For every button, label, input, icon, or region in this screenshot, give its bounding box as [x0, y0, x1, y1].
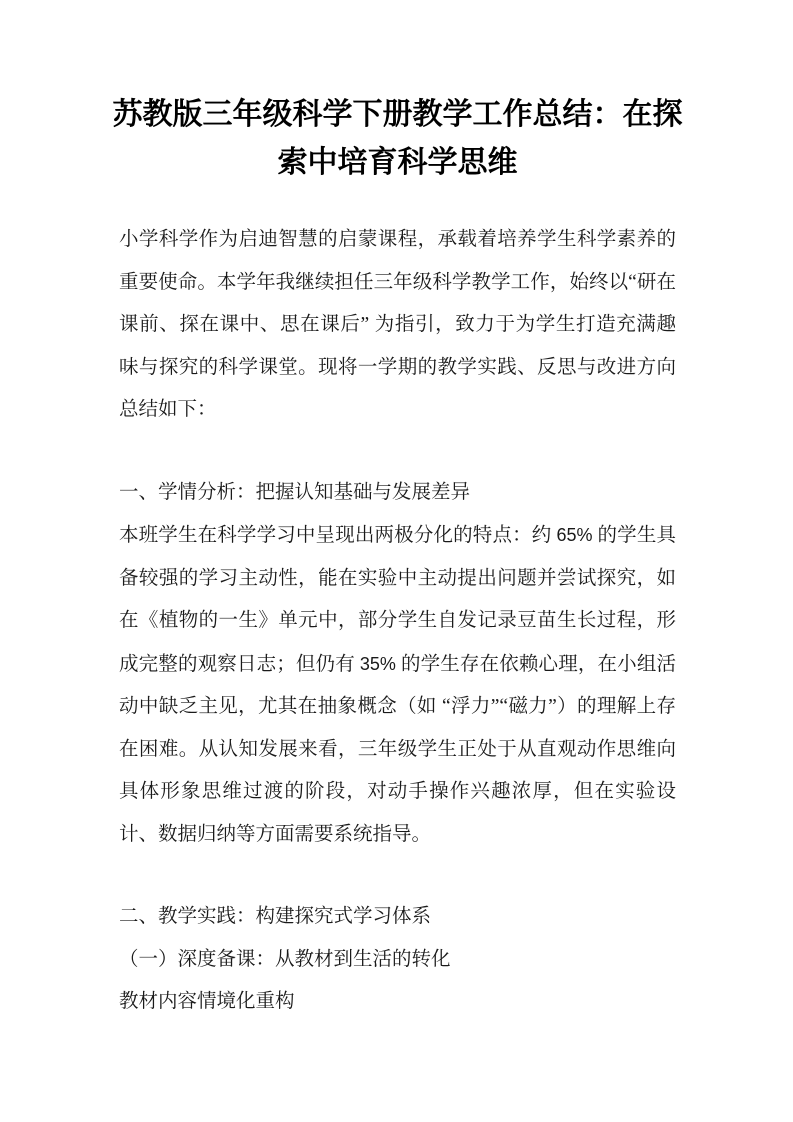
section1-text-segment-3: 的学生存在依赖心理，在小组活动中缺乏主见，尤其在抽象概念（如 “浮力”“磁力”）…	[119, 654, 676, 845]
section2-heading: 二、教学实践：构建探究式学习体系	[119, 896, 676, 939]
document-content: 苏教版三年级科学下册教学工作总结：在探索中培育科学思维 小学科学作为启迪智慧的启…	[0, 0, 793, 1024]
section1-text-segment-1: 本班学生在科学学习中呈现出两极分化的特点：约	[119, 525, 556, 546]
section1-heading: 一、学情分析：把握认知基础与发展差异	[119, 472, 676, 515]
section1-text-segment-2: 的学生具备较强的学习主动性，能在实验中主动提出问题并尝试探究，如在《植物的一生》…	[119, 525, 676, 675]
stat-65-percent: 65%	[556, 525, 592, 545]
paragraph-spacer	[119, 856, 676, 896]
intro-paragraph: 小学科学作为启迪智慧的启蒙课程，承载着培养学生科学素养的重要使命。本学年我继续担…	[119, 219, 676, 432]
document-page: 苏教版三年级科学下册教学工作总结：在探索中培育科学思维 小学科学作为启迪智慧的启…	[0, 0, 793, 1122]
section2-sub-item: 教材内容情境化重构	[119, 981, 676, 1024]
document-title: 苏教版三年级科学下册教学工作总结：在探索中培育科学思维	[102, 91, 693, 187]
stat-35-percent: 35%	[360, 654, 396, 674]
paragraph-spacer	[119, 432, 676, 472]
section1-paragraph: 本班学生在科学学习中呈现出两极分化的特点：约 65% 的学生具备较强的学习主动性…	[119, 514, 676, 856]
section2-sub-heading: （一）深度备课：从教材到生活的转化	[119, 939, 676, 982]
